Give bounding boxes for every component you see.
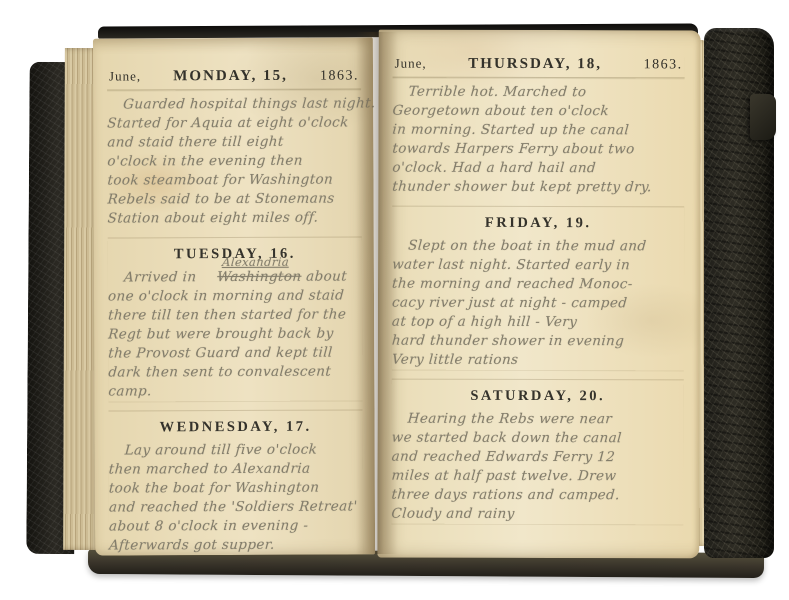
handwriting-line: there till ten then started for the <box>107 305 362 325</box>
handwriting-line: the Provost Guard and kept till <box>108 343 363 363</box>
month-label: June, <box>395 56 427 72</box>
printed-day-header: SATURDAY, 20. <box>392 388 684 406</box>
handwriting-line: at top of a high hill - Very <box>391 313 684 333</box>
diary-entry-section: Terrible hot. Marched toGeorgetown about… <box>392 83 684 198</box>
handwriting-line: Station about eight miles off. <box>107 208 362 228</box>
handwriting-line: water last night. Started early in <box>391 256 684 276</box>
book-cover-right-flap <box>704 28 774 558</box>
handwriting-line: took steamboat for Washington <box>107 170 362 190</box>
handwriting-line: thunder shower but kept pretty dry. <box>392 178 685 198</box>
printed-day-header: FRIDAY, 19. <box>392 215 684 233</box>
photo-background: June, MONDAY, 15, 1863. Guarded hospital… <box>0 0 789 600</box>
handwriting-line: Terrible hot. Marched to <box>392 83 685 103</box>
struck-word: Washington <box>217 269 302 285</box>
diary-entry-section: WEDNESDAY, 17.Lay around till five o'clo… <box>108 409 363 555</box>
diary-entries-left: Guarded hospital things last night.Start… <box>107 94 363 555</box>
handwriting-line: Georgetown about ten o'clock <box>392 102 685 122</box>
handwriting-line: dark then sent to convalescent <box>108 362 363 382</box>
diary-entries-right: Terrible hot. Marched toGeorgetown about… <box>391 83 684 525</box>
diary-entry-section: Guarded hospital things last night.Start… <box>107 94 362 228</box>
handwriting-line: towards Harpers Ferry about two <box>392 140 685 160</box>
day-label: THURSDAY, 18, <box>468 56 602 73</box>
handwriting-line: o'clock. Had a hard hail and <box>392 159 685 179</box>
handwriting-line: camp. <box>108 381 363 401</box>
handwriting-line: Lay around till five o'clock <box>108 440 363 460</box>
handwriting-line: took the boat for Washington <box>108 478 363 498</box>
handwriting-line: and reached Edwards Ferry 12 <box>391 448 684 468</box>
handwriting-line: one o'clock in morning and staid <box>107 286 362 306</box>
handwriting-line: three days rations and camped. <box>391 486 684 506</box>
handwriting-line: in morning. Started up the canal <box>392 121 685 141</box>
handwriting-line: Slept on the boat in the mud and <box>391 237 684 257</box>
month-label: June, <box>109 68 141 84</box>
handwriting-line: hard thunder shower in evening <box>391 332 684 352</box>
handwriting-line: Hearing the Rebs were near <box>391 410 684 430</box>
handwriting-line: Guarded hospital things last night. <box>107 94 362 114</box>
corrected-word-group: AlexandriaWashington <box>201 268 303 287</box>
handwriting-line: and staid there till eight <box>107 132 362 152</box>
handwriting-line: Arrived in AlexandriaWashington about <box>107 267 362 287</box>
handwriting-line: about 8 o'clock in evening - <box>108 516 363 536</box>
diary-page-right: June, THURSDAY, 18, 1863. Terrible hot. … <box>377 30 700 559</box>
handwriting-line: Rebels said to be at Stonemans <box>107 189 362 209</box>
handwriting-line: we started back down the canal <box>391 429 684 449</box>
year-label: 1863. <box>320 68 359 84</box>
handwriting-line: Afterwards got supper. <box>108 535 363 555</box>
day-label: MONDAY, 15, <box>173 68 288 86</box>
handwriting-line: Very little rations <box>391 351 684 371</box>
handwriting-line: the morning and reached Monoc- <box>391 275 684 295</box>
printed-page-header-left: June, MONDAY, 15, 1863. <box>107 67 361 90</box>
year-label: 1863. <box>644 57 683 73</box>
handwriting-line: then marched to Alexandria <box>108 459 363 479</box>
handwriting-line: miles at half past twelve. Drew <box>391 467 684 487</box>
printed-day-header: WEDNESDAY, 17. <box>109 418 363 436</box>
handwriting-line: Cloudy and rainy <box>391 505 684 525</box>
handwriting-line: Started for Aquia at eight o'clock <box>107 113 362 133</box>
handwriting-line: Regt but were brought back by <box>108 324 363 344</box>
cover-corner-fold <box>750 94 776 140</box>
handwriting-line: and reached the 'Soldiers Retreat' <box>108 497 363 517</box>
handwriting-line: o'clock in the evening then <box>107 151 362 171</box>
printed-page-header-right: June, THURSDAY, 18, 1863. <box>393 56 685 79</box>
diary-entry-section: TUESDAY, 16.Arrived in AlexandriaWashing… <box>108 236 363 401</box>
diary-page-left: June, MONDAY, 15, 1863. Guarded hospital… <box>93 37 375 555</box>
diary-entry-section: SATURDAY, 20.Hearing the Rebs were nearw… <box>391 379 683 525</box>
inserted-word: Alexandria <box>206 257 290 268</box>
handwriting-line: cacy river just at night - camped <box>391 294 684 314</box>
diary-entry-section: FRIDAY, 19.Slept on the boat in the mud … <box>392 206 684 371</box>
